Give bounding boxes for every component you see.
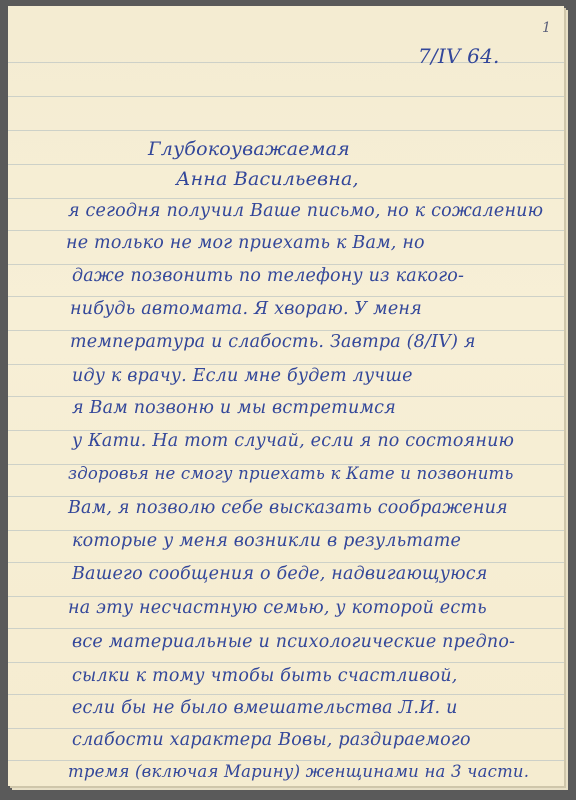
body-line: если бы не было вмешательства Л.И. и (72, 698, 458, 718)
body-line: не только не мог приехать к Вам, но (66, 233, 425, 253)
ruled-line (8, 164, 564, 165)
ruled-line (8, 496, 564, 497)
ruled-line (8, 396, 564, 397)
body-line: сылки к тому чтобы быть счастливой, (72, 666, 457, 686)
body-line: которые у меня возникли в результате (72, 531, 461, 551)
body-line: Вашего сообщения о беде, надвигающуюся (72, 564, 488, 584)
ruled-line (8, 230, 564, 231)
ruled-line (8, 96, 564, 97)
ruled-line (8, 264, 564, 265)
ruled-line (8, 330, 564, 331)
body-line: на эту несчастную семью, у которой есть (68, 598, 487, 618)
salutation-name: Анна Васильевна, (176, 168, 359, 190)
body-line: температура и слабость. Завтра (8/IV) я (70, 332, 476, 352)
page-number: 1 (542, 20, 551, 36)
body-line: я Вам позвоню и мы встретимся (72, 398, 396, 418)
ruled-line (8, 198, 564, 199)
ruled-line (8, 662, 564, 663)
body-line: я сегодня получил Ваше письмо, но к сожа… (68, 201, 543, 221)
scanned-page: 1 7/IV 64. Глубокоуважаемая Анна Василье… (0, 0, 576, 800)
ruled-line (8, 130, 564, 131)
letter-date: 7/IV 64. (418, 44, 500, 68)
ruled-line (8, 728, 564, 729)
ruled-line (8, 364, 564, 365)
body-line: слабости характера Вовы, раздираемого (72, 730, 471, 750)
ruled-line (8, 296, 564, 297)
body-line: нибудь автомата. Я хвораю. У меня (70, 299, 422, 319)
body-line: Вам, я позволю себе высказать соображени… (68, 498, 508, 518)
letter-sheet: 1 7/IV 64. Глубокоуважаемая Анна Василье… (8, 6, 564, 786)
ruled-line (8, 760, 564, 761)
ruled-line (8, 694, 564, 695)
body-line: у Кати. На тот случай, если я по состоян… (72, 431, 514, 451)
ruled-line (8, 562, 564, 563)
body-line: иду к врачу. Если мне будет лучше (72, 366, 413, 386)
body-line: даже позвонить по телефону из какого- (72, 266, 464, 286)
ruled-line (8, 628, 564, 629)
ruled-line (8, 596, 564, 597)
body-line: здоровья не смогу приехать к Кате и позв… (68, 464, 514, 483)
body-line: тремя (включая Марину) женщинами на 3 ча… (68, 762, 529, 781)
salutation-honorific: Глубокоуважаемая (148, 138, 350, 160)
body-line: все материальные и психологические предп… (72, 632, 515, 652)
